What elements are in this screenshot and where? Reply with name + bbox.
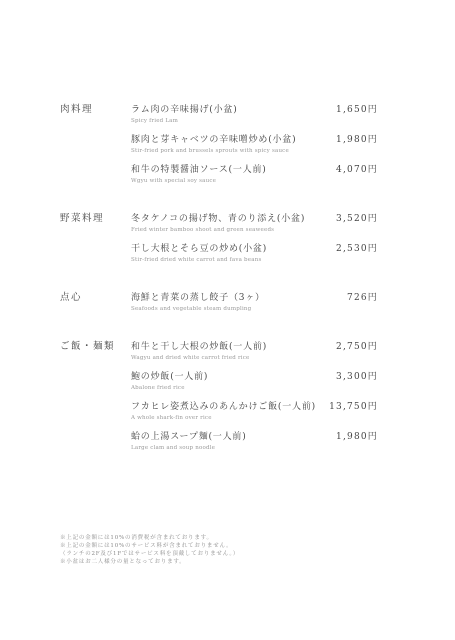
item-name-jp: フカヒレ姿煮込みのあんかけご飯(一人前) [131,401,321,413]
menu-item: 鮑の炒飯(一人前) Abalone fried rice 3,300円 [131,371,378,392]
menu-section-vegetable: 野菜料理 冬タケノコの揚げ物、青のり添え(小盆) Fried winter ba… [60,213,378,273]
menu-item: 海鮮と青菜の蒸し餃子（3ヶ） Seafoods and vegetable st… [131,292,378,313]
menu-page: 肉料理 ラム肉の辛味揚げ(小盆) Spicy fried Lam 1,650円 … [60,104,378,480]
footnote-lunch-floors: （ランチの2F及び1Fではサービス料を頂戴しておりません。） [60,550,360,558]
item-price: 2,530円 [336,243,378,255]
item-name-jp: 豚肉と芽キャベツの辛味噌炒め(小盆) [131,134,328,146]
item-text: ラム肉の辛味揚げ(小盆) Spicy fried Lam [131,104,336,125]
item-name-en: Stir-fried dried white carrot and fava b… [131,257,328,264]
item-price: 1,980円 [336,431,378,443]
item-name-en: Spicy fried Lam [131,118,328,125]
section-items: ラム肉の辛味揚げ(小盆) Spicy fried Lam 1,650円 豚肉と芽… [131,104,378,194]
item-name-en: Stir-fried pork and brussels sprouts wit… [131,148,328,155]
item-name-en: Abalone fried rice [131,385,328,392]
item-price: 1,980円 [336,134,378,146]
item-name-jp: 和牛と干し大根の炒飯(一人前) [131,341,328,353]
item-name-en: Fried winter bamboo shoot and green seaw… [131,227,328,234]
menu-item: 和牛の特製醤油ソース(一人前) Wgyu with special soy sa… [131,164,378,185]
item-text: フカヒレ姿煮込みのあんかけご飯(一人前) A whole shark-fin o… [131,401,329,422]
item-name-jp: ラム肉の辛味揚げ(小盆) [131,104,328,116]
item-price: 3,300円 [336,371,378,383]
item-price: 2,750円 [336,341,378,353]
item-text: 和牛の特製醤油ソース(一人前) Wgyu with special soy sa… [131,164,336,185]
item-text: 干し大根とそら豆の炒め(小盆) Stir-fried dried white c… [131,243,336,264]
menu-section-rice-noodles: ご飯・麺類 和牛と干し大根の炒飯(一人前) Wagyu and dried wh… [60,341,378,461]
menu-item: フカヒレ姿煮込みのあんかけご飯(一人前) A whole shark-fin o… [131,401,378,422]
item-name-en: Seafoods and vegetable steam dumpling [131,306,339,313]
footnote-tax: ※上記の金額には10%の消費税が含まれております。 [60,534,360,542]
footnotes: ※上記の金額には10%の消費税が含まれております。 ※上記の金額には10%のサー… [60,534,360,566]
item-name-en: Wgyu with special soy sauce [131,178,328,185]
section-items: 和牛と干し大根の炒飯(一人前) Wagyu and dried white ca… [131,341,378,461]
item-price: 13,750円 [329,401,378,413]
item-name-jp: 蛤の上湯スープ麺(一人前) [131,431,328,443]
item-name-jp: 海鮮と青菜の蒸し餃子（3ヶ） [131,292,339,304]
item-name-en: Wagyu and dried white carrot fried rice [131,355,328,362]
footnote-service-charge: ※上記の金額には10%のサービス料が含まれておりません。 [60,542,360,550]
item-name-jp: 冬タケノコの揚げ物、青のり添え(小盆) [131,213,328,225]
section-heading: 野菜料理 [60,213,131,225]
menu-item: ラム肉の辛味揚げ(小盆) Spicy fried Lam 1,650円 [131,104,378,125]
menu-section-meat: 肉料理 ラム肉の辛味揚げ(小盆) Spicy fried Lam 1,650円 … [60,104,378,194]
section-items: 海鮮と青菜の蒸し餃子（3ヶ） Seafoods and vegetable st… [131,292,378,322]
item-text: 冬タケノコの揚げ物、青のり添え(小盆) Fried winter bamboo … [131,213,336,234]
menu-item: 豚肉と芽キャベツの辛味噌炒め(小盆) Stir-fried pork and b… [131,134,378,155]
menu-item: 蛤の上湯スープ麺(一人前) Large clam and soup noodle… [131,431,378,452]
item-price: 726円 [347,292,378,304]
item-price: 1,650円 [336,104,378,116]
item-text: 海鮮と青菜の蒸し餃子（3ヶ） Seafoods and vegetable st… [131,292,347,313]
section-heading: ご飯・麺類 [60,341,131,353]
item-text: 豚肉と芽キャベツの辛味噌炒め(小盆) Stir-fried pork and b… [131,134,336,155]
item-name-en: Large clam and soup noodle [131,445,328,452]
item-price: 4,070円 [336,164,378,176]
item-text: 蛤の上湯スープ麺(一人前) Large clam and soup noodle [131,431,336,452]
item-name-en: A whole shark-fin over rice [131,415,321,422]
menu-section-dimsum: 点心 海鮮と青菜の蒸し餃子（3ヶ） Seafoods and vegetable… [60,292,378,322]
section-heading: 肉料理 [60,104,131,116]
footnote-portion-size: ※小盆はお二人様分の量となっております。 [60,558,360,566]
menu-item: 干し大根とそら豆の炒め(小盆) Stir-fried dried white c… [131,243,378,264]
item-price: 3,520円 [336,213,378,225]
item-name-jp: 鮑の炒飯(一人前) [131,371,328,383]
item-name-jp: 干し大根とそら豆の炒め(小盆) [131,243,328,255]
item-text: 鮑の炒飯(一人前) Abalone fried rice [131,371,336,392]
section-items: 冬タケノコの揚げ物、青のり添え(小盆) Fried winter bamboo … [131,213,378,273]
menu-item: 冬タケノコの揚げ物、青のり添え(小盆) Fried winter bamboo … [131,213,378,234]
item-name-jp: 和牛の特製醤油ソース(一人前) [131,164,328,176]
menu-item: 和牛と干し大根の炒飯(一人前) Wagyu and dried white ca… [131,341,378,362]
section-heading: 点心 [60,292,131,304]
item-text: 和牛と干し大根の炒飯(一人前) Wagyu and dried white ca… [131,341,336,362]
